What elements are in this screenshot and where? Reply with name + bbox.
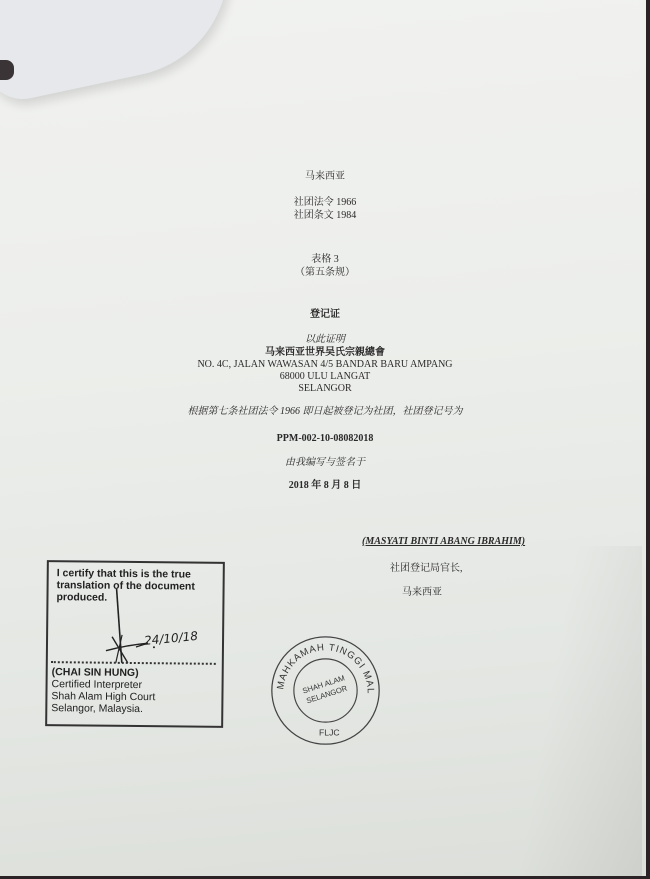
form-title: 表格 3 <box>0 253 650 266</box>
translator-name: (CHAI SIN HUNG) <box>52 666 156 679</box>
folded-page-corner <box>0 0 249 106</box>
registration-statement: 根据第七条社团法令 1966 即日起被登记为社团，社团登记号为 <box>0 405 650 418</box>
handwritten-signature <box>78 574 219 665</box>
registrar-title: 社团登记局官长, <box>390 559 590 574</box>
registrar-name: (MASYATI BINTI ABANG IBRAHIM) <box>362 536 562 547</box>
form-rule: （第五条规） <box>0 266 650 279</box>
translator-role: Certified Interpreter <box>52 678 156 691</box>
act-line-1: 社团法令 1966 <box>0 196 650 209</box>
certify-phrase: 以此证明 <box>0 333 650 346</box>
address-line-3: SELANGOR <box>0 382 650 395</box>
translator-details: (CHAI SIN HUNG) Certified Interpreter Sh… <box>51 666 155 715</box>
act-line-2: 社团条文 1984 <box>0 209 650 222</box>
court-seal: MAHKAMAH TINGGI MALAYA SHAH ALAM SELANGO… <box>268 633 383 748</box>
translator-court: Shah Alam High Court <box>51 690 155 703</box>
issue-date: 2018 年 8 月 8 日 <box>0 479 650 492</box>
translator-location: Selangor, Malaysia. <box>51 702 155 715</box>
registrar-country: 马来西亚 <box>402 583 602 598</box>
translator-certification-stamp: I certify that this is the true translat… <box>45 560 225 728</box>
background-edge <box>0 60 14 80</box>
registration-number: PPM-002-10-08082018 <box>0 432 650 445</box>
certificate-title: 登记证 <box>0 308 650 321</box>
signed-phrase: 由我编写与签名于 <box>0 456 650 469</box>
country-heading: 马来西亚 <box>0 170 650 183</box>
seal-bottom-text: FLJC <box>319 728 340 738</box>
document-page: 马来西亚 社团法令 1966 社团条文 1984 表格 3 （第五条规） 登记证… <box>0 0 646 876</box>
